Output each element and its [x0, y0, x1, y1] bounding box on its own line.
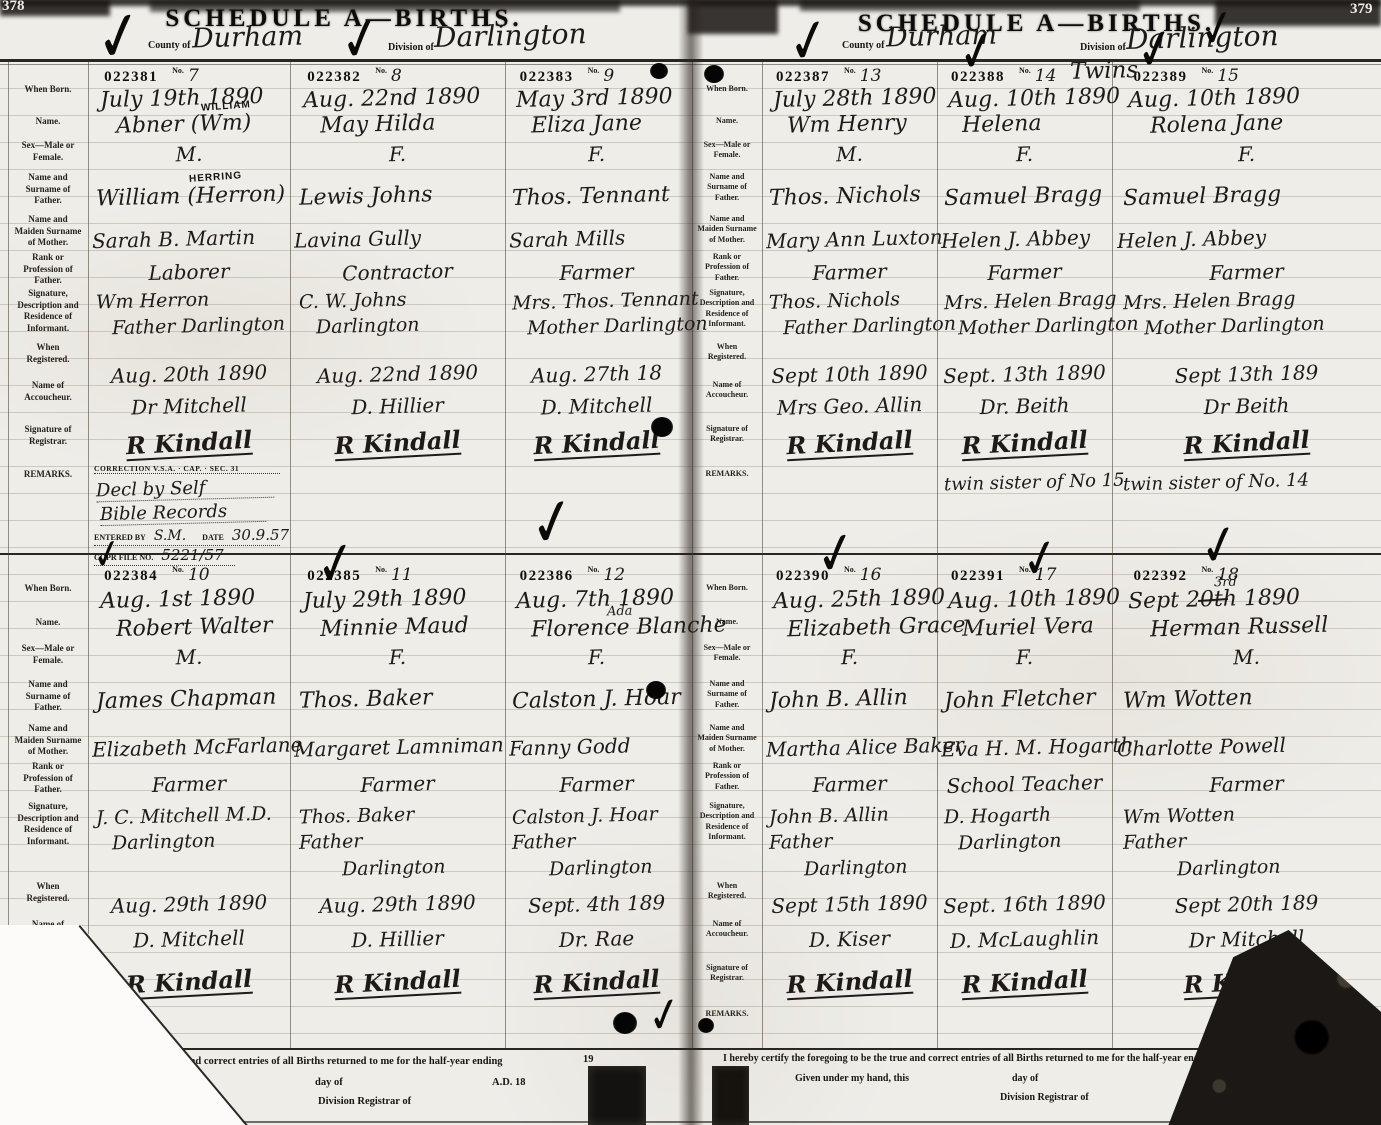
registered-value: Sept 13th 189	[1112, 358, 1381, 389]
entry-cert-line: 022386No.12	[520, 565, 625, 585]
no-label: No.	[375, 565, 387, 574]
entry-cell-022391: 022391No.17Aug. 10th 1890Muriel VeraF.Jo…	[937, 557, 1112, 1048]
father-name-value: John Fletcher	[944, 685, 1096, 714]
no-label: No.	[1202, 66, 1214, 75]
informant-line: J. C. Mitchell M.D.	[96, 803, 272, 830]
informant-line: Thos. Nichols	[769, 288, 901, 313]
sex-value: F.	[937, 140, 1113, 169]
entry-cell-022390: 022390No.16Aug. 25th 1890Elizabeth Grace…	[762, 557, 937, 1048]
entry-cert-line: 022383No.9	[520, 66, 615, 86]
informant-line: Darlington	[958, 830, 1062, 855]
no-label: No.	[172, 66, 184, 75]
registrar-signature: R Kindall	[936, 423, 1112, 461]
checkmark-icon: ✓	[954, 20, 1000, 82]
rank-value: Laborer	[88, 257, 291, 286]
father-name-value: John B. Allin	[769, 685, 908, 714]
informant-line: Father	[769, 830, 833, 854]
entry-number: 8	[391, 66, 402, 86]
father-name-value: Wm Wotten	[1122, 685, 1252, 713]
checkmark-icon: ✓	[812, 521, 860, 586]
no-label: No.	[1019, 66, 1031, 75]
ink-blob	[698, 1018, 714, 1033]
rank-value: Farmer	[1112, 768, 1381, 799]
correction-line1: Decl by Self	[96, 476, 274, 503]
county-label-right: County of	[842, 40, 885, 51]
mother-name-value: Mary Ann Luxton	[765, 225, 942, 254]
row-label-left-1: Name.	[8, 617, 88, 629]
informant-line: Father	[1122, 830, 1186, 854]
mother-name-value: Martha Alice Baker	[765, 732, 963, 761]
sex-value: M.	[88, 642, 291, 671]
registrar-signature: R Kindall	[761, 962, 937, 1000]
father-name-value: William (Herron)	[96, 182, 286, 212]
informant-line: Wm Herron	[96, 289, 210, 314]
date-value: 30.9.57	[232, 526, 289, 544]
entry-number: 10	[188, 565, 210, 585]
registrar-signature: R Kindall	[936, 962, 1112, 1000]
registrar-signature: R Kindall	[1111, 421, 1381, 464]
row-label-left-0: Name of Accoucheur.	[8, 380, 88, 403]
cert-dayof-left: day of	[315, 1077, 343, 1088]
name-value: Muriel Vera	[961, 613, 1093, 641]
cert-registrar-right: Division Registrar of	[1000, 1092, 1089, 1103]
informant-line: Mrs. Helen Bragg	[1122, 288, 1295, 315]
accoucheur-value: D. Kiser	[762, 925, 938, 954]
name-value: Abner (Wm)	[116, 110, 252, 139]
row-label-left-0: Rank or Profession of Father.	[8, 252, 88, 287]
entry-number: 14	[1035, 66, 1057, 86]
sex-value: F.	[290, 642, 506, 672]
division-label-left: Division of	[388, 42, 434, 53]
informant-line: Mrs. Thos. Tennant	[512, 288, 699, 315]
mother-name-value: Fanny Godd	[508, 733, 630, 760]
row-label-left-0: When Registered.	[8, 342, 88, 365]
entry-number: 13	[860, 66, 882, 86]
bottom-stamp-left	[588, 1066, 646, 1125]
informant-line: Mrs. Helen Bragg	[944, 288, 1117, 315]
when-born-value: July 28th 1890	[772, 84, 936, 113]
registered-value: Aug. 27th 18	[505, 360, 689, 389]
accoucheur-value: D. Hillier	[290, 391, 506, 421]
informant-line: Thos. Baker	[298, 803, 414, 828]
row-label-left-1: When Registered.	[8, 881, 88, 904]
father-name-value: James Chapman	[96, 685, 277, 715]
sex-value: F.	[505, 140, 689, 169]
no-label: No.	[172, 565, 184, 574]
row-label-left-1: Signature, Description and Residence of …	[8, 801, 88, 848]
entry-cell-022389: 022389No.15Aug. 10th 1890Rolena JaneF.Sa…	[1112, 62, 1381, 553]
when-born-value: Aug. 1st 1890	[100, 585, 256, 614]
informant-line: Darlington	[341, 856, 445, 881]
registered-value: Aug. 22nd 1890	[290, 359, 506, 389]
entry-cell-022386: 022386No.12Aug. 7th 1890Florence Blanche…	[505, 557, 688, 1048]
row-label-left-0: Name and Surname of Father.	[8, 172, 88, 207]
registered-value: Aug. 29th 1890	[290, 889, 506, 919]
division-label-right: Division of	[1080, 42, 1126, 53]
informant-line: Darlington	[112, 830, 216, 855]
division-value-left: Darlington	[434, 17, 587, 54]
mother-name-value: Helen J. Abbey	[1117, 225, 1267, 253]
rank-value: School Teacher	[937, 770, 1113, 799]
checkmark-icon: ✓	[1018, 530, 1062, 590]
informant-line: Darlington	[316, 314, 420, 339]
remarks-line: twin sister of No. 14	[1123, 470, 1309, 496]
cert-ad-left: A.D. 18	[492, 1077, 526, 1088]
informant-line: Calston J. Hoar	[512, 803, 658, 829]
county-value-left: Durham	[192, 21, 304, 55]
sex-value: F.	[762, 643, 938, 672]
name-value: Rolena Jane	[1149, 110, 1283, 138]
entry-number: 11	[391, 565, 413, 585]
checkmark-icon: ✓	[1197, 1, 1239, 58]
accoucheur-value: Dr Mitchell	[88, 391, 291, 420]
informant-line: Father	[298, 830, 362, 854]
informant-line: Darlington	[804, 856, 908, 881]
name-annotation: Ada	[607, 604, 633, 620]
ink-blob	[646, 681, 666, 699]
checkmark-icon: ✓	[336, 5, 386, 73]
row-label-left-1: Sex—Male or Female.	[8, 643, 88, 666]
ink-blob	[650, 63, 668, 79]
center-fold-shadow	[678, 0, 704, 1125]
row-label-left-0: Sex—Male or Female.	[8, 140, 88, 163]
registered-value: Aug. 20th 1890	[88, 359, 291, 388]
when-born-value: Aug. 22nd 1890	[303, 84, 481, 114]
cert-number: 022386	[520, 568, 574, 584]
accoucheur-value: D. McLaughlin	[937, 925, 1113, 954]
rank-value: Farmer	[762, 258, 938, 287]
accoucheur-value: Dr. Rae	[505, 925, 689, 954]
informant-line: Darlington	[1176, 856, 1280, 881]
ink-blob	[651, 417, 673, 437]
when-born-value: Aug. 25th 1890	[772, 585, 945, 614]
mother-name-value: Helen J. Abbey	[940, 225, 1090, 253]
cert-given-right: Given under my hand, this	[795, 1073, 909, 1084]
rank-value: Farmer	[505, 770, 689, 799]
sex-value: F.	[505, 643, 689, 672]
when-born-value: Aug. 10th 1890	[947, 84, 1120, 113]
no-label: No.	[844, 66, 856, 75]
registered-value: Sept. 16th 1890	[937, 890, 1113, 919]
entry-cell-022387: 022387No.13July 28th 1890Wm HenryM.Thos.…	[762, 62, 937, 553]
mother-name-value: Sarah B. Martin	[92, 225, 256, 253]
registered-value: Sept 15th 1890	[762, 890, 938, 919]
mother-name-value: Sarah Mills	[508, 225, 625, 252]
rank-value: Farmer	[937, 258, 1113, 287]
entry-number: 15	[1217, 66, 1239, 86]
name-value: Helena	[961, 111, 1041, 138]
when-born-value: May 3rd 1890	[516, 84, 673, 113]
name-value: Eliza Jane	[530, 111, 642, 139]
registered-value: Sept. 4th 189	[505, 890, 689, 919]
registered-value: Sept. 13th 1890	[937, 360, 1113, 389]
informant-line: D. Hogarth	[944, 804, 1052, 829]
birth-register-scan: 378 379 SCHEDULE A—BIRTHS. SCHEDULE A—BI…	[0, 0, 1381, 1125]
sex-value: M.	[88, 139, 291, 168]
bottom-stamp-right	[712, 1066, 749, 1125]
row-label-left-0: REMARKS.	[8, 469, 88, 481]
when-born-value: Aug. 10th 1890	[1128, 84, 1301, 113]
twins-annotation: Twins	[1070, 57, 1139, 85]
cert-year-left: 19	[583, 1054, 594, 1065]
no-label: No.	[588, 66, 600, 75]
entry-cell-022388: 022388No.14Aug. 10th 1890HelenaF.Samuel …	[937, 62, 1112, 553]
mother-name-value: Margaret Lamniman	[294, 732, 504, 761]
informant-line: C. W. Johns	[298, 289, 406, 314]
date-label: DATE	[202, 533, 224, 542]
mother-name-value: Charlotte Powell	[1117, 733, 1286, 761]
registered-value: Sept 10th 1890	[762, 360, 938, 389]
rank-value: Farmer	[762, 770, 938, 799]
sex-value: M.	[762, 140, 938, 169]
no-label: No.	[588, 565, 600, 574]
father-name-value: Thos. Tennant	[512, 182, 670, 211]
row-label-left-1: Rank or Profession of Father.	[8, 761, 88, 796]
father-name-value: Lewis Johns	[298, 182, 432, 210]
row-label-left-0: Name.	[8, 116, 88, 128]
cert-number: 022383	[520, 69, 574, 85]
entry-cell-022383: 022383No.9May 3rd 1890Eliza JaneF.Thos. …	[505, 62, 688, 553]
ink-blob	[704, 65, 724, 83]
sex-value: F.	[937, 643, 1113, 672]
accoucheur-value: Dr Beith	[1112, 390, 1381, 421]
row-label-left-0: Signature, Description and Residence of …	[8, 288, 88, 335]
checkmark-icon: ✓	[526, 486, 580, 559]
cert-registrar-left: Division Registrar of	[318, 1096, 411, 1107]
row-label-left-0: Name and Maiden Surname of Mother.	[8, 214, 88, 249]
row-label-left-0: Signature of Registrar.	[8, 424, 88, 447]
father-name-value: Thos. Baker	[298, 685, 432, 713]
when-born-value: Aug. 7th 1890	[516, 585, 675, 614]
rank-value: Farmer	[88, 769, 291, 798]
registrar-signature: R Kindall	[289, 961, 505, 1001]
accoucheur-value: Mrs Geo. Allin	[762, 392, 938, 421]
sex-value: M.	[1112, 641, 1381, 672]
row-label-left-0: When Born.	[8, 84, 88, 96]
name-value: Wm Henry	[786, 110, 906, 138]
sex-value: F.	[1112, 138, 1381, 169]
informant-line: Darlington	[549, 856, 653, 881]
informant-line: Father	[512, 830, 576, 854]
informant-line: Father Darlington	[112, 313, 285, 340]
informant-line: Mother Darlington	[1144, 313, 1325, 340]
informant-line: John B. Allin	[769, 803, 889, 828]
informant-line: Father Darlington	[783, 313, 956, 340]
rank-value: Farmer	[290, 769, 506, 799]
father-name-value: Samuel Bragg	[944, 182, 1103, 211]
sex-value: F.	[290, 139, 506, 169]
entry-cell-022385: 022385No.11July 29th 1890Minnie MaudF.Th…	[290, 557, 505, 1048]
accoucheur-value: Dr. Beith	[937, 392, 1113, 421]
row-label-left-1: Name and Surname of Father.	[8, 679, 88, 714]
checkmark-icon: ✓	[312, 531, 360, 596]
registered-value: Sept 20th 189	[1112, 888, 1381, 919]
cert-dayof-right: day of	[1012, 1073, 1038, 1084]
county-label-left: County of	[148, 40, 191, 51]
entry-number: 12	[603, 565, 625, 585]
checkmark-icon: ✓	[91, 0, 147, 76]
name-value: Robert Walter	[116, 613, 273, 642]
ink-blob	[613, 1012, 637, 1034]
cert-text-left: true and correct entries of all Births r…	[163, 1056, 503, 1067]
registered-value: Aug. 29th 1890	[88, 889, 291, 918]
entry-number: 7	[188, 66, 199, 86]
name-value: May Hilda	[320, 110, 436, 138]
rank-value: Farmer	[1112, 256, 1381, 287]
registrar-signature: R Kindall	[761, 423, 937, 461]
cert-text-right: I hereby certify the foregoing to be the…	[723, 1053, 1213, 1064]
accoucheur-value: D. Hillier	[290, 924, 506, 954]
accoucheur-value: D. Mitchell	[88, 924, 291, 953]
cert-number: 022392	[1134, 568, 1188, 584]
name-value: Minnie Maud	[320, 613, 469, 642]
checkmark-icon: ✓	[90, 532, 124, 578]
entry-cell-022382: 022382No.8Aug. 22nd 1890May HildaF.Lewis…	[290, 62, 505, 553]
mother-name-value: Lavina Gully	[294, 225, 422, 252]
checkmark-icon: ✓	[1196, 514, 1242, 576]
mother-name-value: Eva H. M. Hogarth	[940, 732, 1133, 761]
row-label-left-1: When Born.	[8, 583, 88, 595]
entry-cell-022381: 022381No.7July 19th 1890Abner (Wm)WILLIA…	[88, 62, 290, 553]
mother-name-value: Elizabeth McFarlane	[92, 732, 303, 762]
entry-number: 9	[603, 66, 614, 86]
accoucheur-value: Dr Mitchell	[1112, 923, 1381, 954]
cert-number: 022391	[951, 568, 1005, 584]
checkmark-icon: ✓	[784, 7, 834, 75]
correction-line2: Bible Records	[100, 500, 266, 526]
father-name-value: Thos. Nichols	[769, 182, 921, 211]
row-label-left-1: Name and Maiden Surname of Mother.	[8, 723, 88, 758]
correction-stamp: CORRECTION V.S.A. · CAP. · SEC. 31	[94, 464, 280, 474]
rank-value: Contractor	[290, 257, 506, 287]
checkmark-icon: ✓	[1132, 18, 1178, 80]
registrar-signature: R Kindall	[289, 422, 505, 462]
name-value: Herman Russell	[1149, 613, 1328, 643]
entered-by-value: S.M.	[154, 528, 186, 544]
correction-entered-row: ENTERED BYS.M.DATE30.9.57	[94, 526, 280, 546]
remarks-line: twin sister of No 15	[944, 470, 1125, 496]
registrar-signature: R Kindall	[87, 423, 290, 463]
father-name-value: Samuel Bragg	[1122, 182, 1281, 211]
entry-number: 16	[860, 565, 882, 585]
rank-value: Farmer	[505, 258, 689, 287]
informant-line: Wm Wotten	[1122, 804, 1235, 829]
